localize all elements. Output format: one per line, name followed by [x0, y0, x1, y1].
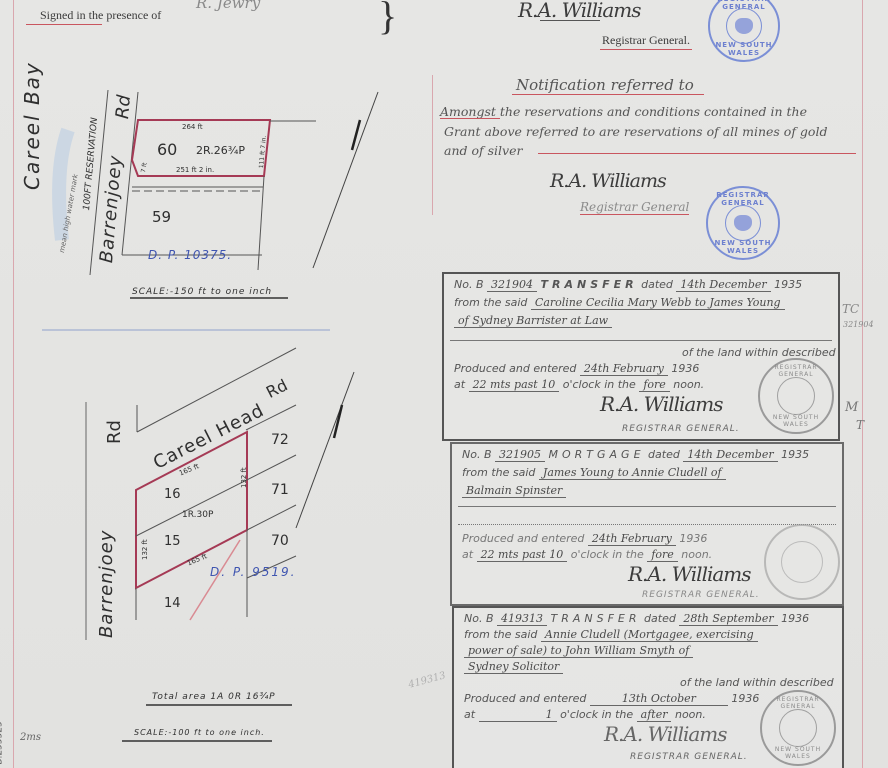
registrar-label: REGISTRAR GENERAL. [622, 424, 740, 434]
party-line-1: Annie Cludell (Mortgagee, exercising [541, 628, 758, 642]
seal-top-text: REGISTRAR GENERAL [762, 696, 834, 710]
party-row-2: Balmain Spinster [462, 484, 566, 498]
time-row: at 1 o'clock in the after noon. [464, 708, 706, 722]
dated-value: 14th December [676, 278, 770, 292]
dated-label: dated [641, 278, 673, 291]
produced-date: 13th October [590, 692, 728, 706]
lots-area: 1R.30P [182, 510, 213, 520]
memorial-type: MORTGAGE [549, 448, 645, 461]
produced-row: Produced and entered 24th February 1936 [454, 362, 699, 376]
registrar-label: REGISTRAR GENERAL. [630, 752, 748, 762]
memorial-seal-2 [764, 524, 840, 600]
time-row: at 22 mts past 10 o'clock in the fore no… [462, 548, 712, 562]
seal-bottom-text: NEW SOUTH WALES [760, 414, 832, 428]
produced-label: Produced and entered [454, 362, 576, 375]
margin-note-m: M [845, 400, 858, 415]
from-row: from the said James Young to Annie Clude… [462, 466, 726, 480]
produced-row: Produced and entered 24th February 1936 [462, 532, 707, 546]
produced-row: Produced and entered 13th October 1936 [464, 692, 759, 706]
barrenjoey-road-label-2: Barrenjoey [96, 530, 117, 638]
seal-bottom-text: NEW SOUTH WALES [762, 746, 834, 760]
lot-15: 15 [164, 534, 181, 549]
seal-top-text: REGISTRAR GENERAL [760, 364, 832, 378]
party-row-2: power of sale) to John William Smyth of [464, 644, 693, 658]
blank-rule [450, 340, 832, 341]
produced-label: Produced and entered [464, 692, 586, 705]
dated-year: 1935 [774, 278, 802, 291]
from-label: from the said [464, 628, 537, 641]
lot-70: 70 [271, 533, 289, 549]
oclock-label: o'clock in the [560, 708, 633, 721]
seal-inner-ring [777, 377, 815, 415]
noon-label: noon. [675, 708, 706, 721]
map2-scale-label: SCALE:-100 ft to one inch. [134, 728, 265, 737]
number-prefix: No. B [464, 612, 494, 625]
number-prefix: No. B [454, 278, 484, 291]
lot-60-label: 60 [157, 140, 177, 159]
memorial-number: 321905 [495, 448, 545, 462]
total-area-label: Total area 1A 0R 16¾P [152, 692, 276, 702]
time-row: at 22 mts past 10 o'clock in the fore no… [454, 378, 704, 392]
dp-9519-label: D. P. 9519. [210, 565, 296, 579]
map1-scale-label: SCALE:-150 ft to one inch [132, 287, 272, 297]
at-label: at [464, 708, 475, 721]
time-value: 22 mts past 10 [469, 378, 560, 392]
land-label: of the land within described [680, 676, 834, 689]
dated-label: dated [644, 612, 676, 625]
party-line-2: Balmain Spinster [462, 484, 566, 498]
dated-value: 14th December [683, 448, 777, 462]
party-line-2: power of sale) to John William Smyth of [464, 644, 693, 658]
dated-year: 1935 [781, 448, 809, 461]
produced-year: 1936 [679, 532, 707, 545]
certificate-page: Signed in the presence of R. Jewry } R.A… [0, 0, 888, 768]
from-row: from the said Annie Cludell (Mortgagee, … [464, 628, 758, 642]
lot-60-area: 2R.26¾P [196, 144, 245, 157]
land-label: of the land within described [682, 346, 836, 359]
time-value: 1 [479, 708, 557, 722]
memorial-signature: R.A. Williams [604, 722, 727, 746]
careel-bay-label: Careel Bay [20, 61, 44, 190]
dim-right: 132 ft [240, 467, 248, 488]
noon-label: noon. [681, 548, 712, 561]
party-line-3: Sydney Solicitor [464, 660, 563, 674]
noon-label: noon. [673, 378, 704, 391]
produced-date: 24th February [580, 362, 668, 376]
memorial-number: 419313 [497, 612, 547, 626]
from-label: from the said [454, 296, 527, 309]
noon-part: fore [639, 378, 669, 392]
road-suffix-1: Rd [112, 94, 135, 120]
memorial-seal-3: REGISTRAR GENERAL NEW SOUTH WALES [760, 690, 836, 766]
from-row: from the said Caroline Cecilia Mary Webb… [454, 296, 785, 310]
memorial-header: No. B 419313 TRANSFER dated 28th Septemb… [464, 612, 809, 626]
number-prefix: No. B [462, 448, 492, 461]
dp-10375-label: D. P. 10375. [148, 248, 232, 262]
blank-rule [458, 506, 836, 507]
oclock-label: o'clock in the [563, 378, 636, 391]
memorial-header: No. B 321904 TRANSFER dated 14th Decembe… [454, 278, 802, 292]
memorial-signature: R.A. Williams [628, 562, 751, 586]
at-label: at [454, 378, 465, 391]
dated-value: 28th September [679, 612, 777, 626]
party-line-1: Caroline Cecilia Mary Webb to James Youn… [531, 296, 785, 310]
seal-inner-ring [781, 541, 823, 583]
memorial-type: TRANSFER [551, 612, 641, 625]
lot-59-label: 59 [152, 208, 171, 226]
lot-60-top-dim: 264 ft [182, 123, 203, 131]
lot-71: 71 [271, 482, 289, 498]
registrar-label: REGISTRAR GENERAL. [642, 590, 760, 600]
memorial-seal-1: REGISTRAR GENERAL NEW SOUTH WALES [758, 358, 834, 434]
time-value: 22 mts past 10 [477, 548, 568, 562]
noon-part: after [637, 708, 672, 722]
party-line-1: James Young to Annie Cludell of [539, 466, 726, 480]
produced-date: 24th February [588, 532, 676, 546]
dated-year: 1936 [781, 612, 809, 625]
produced-label: Produced and entered [462, 532, 584, 545]
memorial-signature: R.A. Williams [600, 392, 723, 416]
lot-72: 72 [271, 432, 289, 448]
seal-inner-ring [779, 709, 817, 747]
margin-note-tc: TC [842, 302, 859, 316]
margin-note-321904: 321904 [843, 320, 874, 329]
from-label: from the said [462, 466, 535, 479]
oclock-label: o'clock in the [571, 548, 644, 561]
margin-note-t: T [856, 418, 864, 432]
dim-left: 132 ft [141, 539, 149, 560]
lot-60-bottom-dim: 251 ft 2 in. [176, 166, 214, 174]
memorial-header: No. B 321905 MORTGAGE dated 14th Decembe… [462, 448, 809, 462]
memorial-type: TRANSFER [541, 278, 638, 291]
bottom-left-reference: B.255525 [0, 721, 5, 764]
at-label: at [462, 548, 473, 561]
party-row-2: of Sydney Barrister at Law [454, 314, 612, 328]
lot-14: 14 [164, 596, 181, 611]
lot-16: 16 [164, 487, 181, 502]
noon-part: fore [647, 548, 677, 562]
party-line-2: of Sydney Barrister at Law [454, 314, 612, 328]
bottom-left-note: 2ms [20, 732, 41, 743]
produced-year: 1936 [731, 692, 759, 705]
party-row-3: Sydney Solicitor [464, 660, 563, 674]
blank-rule-2 [458, 524, 836, 525]
barrenjoey-road-suffix-2: Rd [104, 420, 125, 444]
memorial-number: 321904 [487, 278, 537, 292]
produced-year: 1936 [671, 362, 699, 375]
dated-label: dated [648, 448, 680, 461]
